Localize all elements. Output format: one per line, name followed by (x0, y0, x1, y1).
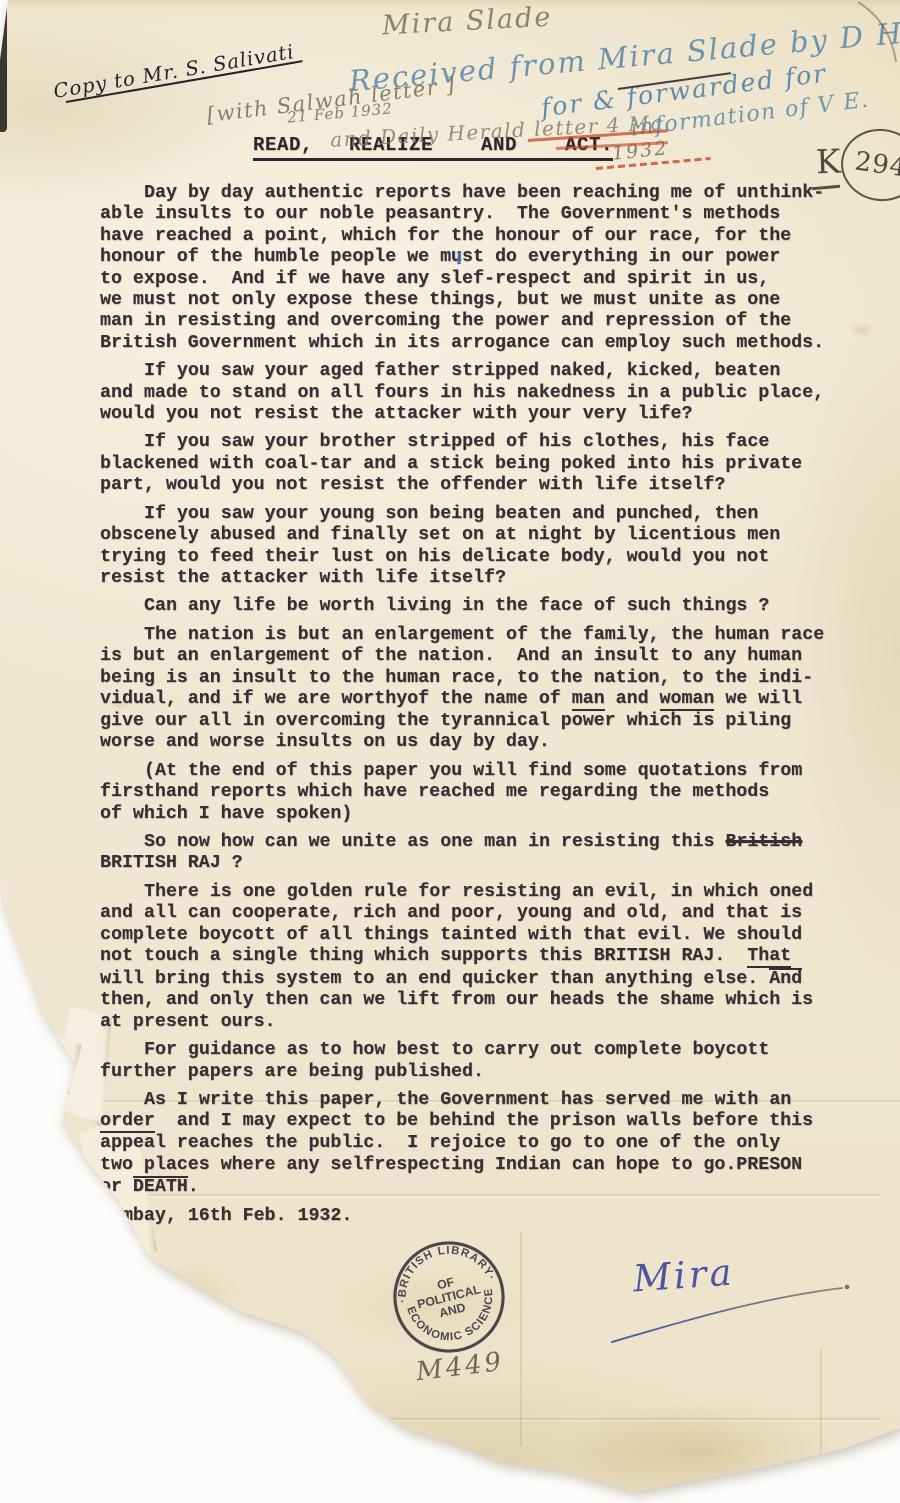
k-catalogue-letter: K (815, 142, 841, 182)
typed-line: two places where any selfrespecting Indi… (100, 1155, 870, 1176)
typed-line: British Government which in its arroganc… (100, 333, 870, 354)
typed-line: If you saw your aged father stripped nak… (100, 361, 870, 382)
typed-line: BRITISH RAJ ? (100, 853, 870, 874)
typed-line: blackened with coal-tar and a stick bein… (100, 454, 870, 475)
typed-line: The nation is but an enlargement of the … (100, 625, 870, 646)
scanned-document-page: READ, REALIZE AND ACT. Day by day authen… (0, 0, 900, 1503)
typed-line: If you saw your young son being beaten a… (100, 504, 870, 525)
typed-line: and all can cooperate, rich and poor, yo… (100, 903, 870, 924)
paragraph: (At the end of this paper you will find … (100, 761, 870, 825)
typed-line: not touch a single thing which supports … (100, 946, 870, 968)
typed-line: further papers are being published. (100, 1062, 870, 1083)
ink-dot-artifact (86, 1234, 90, 1238)
typed-line: is but an enlargement of the nation. And… (100, 646, 870, 667)
typed-line: If you saw your brother stripped of his … (100, 432, 870, 453)
paragraph: Can any life be worth living in the face… (100, 596, 870, 617)
paper-shadow-wrap: READ, REALIZE AND ACT. Day by day authen… (0, 0, 900, 1503)
typed-line: will bring this system to an end quicker… (100, 968, 870, 990)
typed-line: Can any life be worth living in the face… (100, 596, 870, 617)
paragraph: So now how can we unite as one man in re… (100, 832, 870, 875)
paragraph: For guidance as to how best to carry out… (100, 1040, 870, 1083)
paragraph: Bombay, 16th Feb. 1932. (100, 1206, 870, 1227)
typed-line: There is one golden rule for resisting a… (100, 882, 870, 903)
typed-line: at present ours. (100, 1012, 870, 1033)
typed-line: have reached a point, which for the hono… (100, 226, 870, 247)
typed-text-block: Day by day authentic reports have been r… (100, 183, 870, 1234)
typed-line: obscenely abused and finally set on at n… (100, 525, 870, 546)
typed-line: For guidance as to how best to carry out… (100, 1040, 870, 1061)
signature-end-dot (845, 1285, 850, 1290)
paragraph: If you saw your brother stripped of his … (100, 432, 870, 496)
forwarded-post: for (773, 59, 828, 94)
scan-edge-artifact (0, 0, 7, 132)
paragraph: There is one golden rule for resisting a… (100, 882, 870, 1033)
typed-line: (At the end of this paper you will find … (100, 761, 870, 782)
typed-line: would you not resist the attacker with y… (100, 404, 870, 425)
typed-line: being is an insult to the human race, to… (100, 668, 870, 689)
paragraph: Day by day authentic reports have been r… (100, 183, 870, 354)
paragraph: If you saw your aged father stripped nak… (100, 361, 870, 425)
typed-line: vidual, and if we are worthyof the name … (100, 689, 870, 711)
paper-sheet: READ, REALIZE AND ACT. Day by day authen… (0, 0, 900, 1503)
typed-line: man in resisting and overcoming the powe… (100, 311, 870, 332)
ink-tick-artifact (114, 1420, 121, 1429)
typed-line: part, would you not resist the offender … (100, 475, 870, 496)
catalogue-number: 294 (853, 146, 900, 183)
typed-line: order and I may expect to be behind the … (100, 1111, 870, 1133)
typed-line: As I write this paper, the Government ha… (100, 1090, 870, 1111)
typed-line: complete boycott of all things tainted w… (100, 925, 870, 946)
signature: Mira (632, 1251, 736, 1301)
copy-to-annotation: Copy to Mr. S. Salivati (52, 40, 296, 103)
typed-line: Bombay, 16th Feb. 1932. (100, 1206, 870, 1227)
owner-name-annotation: Mira Slade (381, 2, 553, 42)
fold-crease (330, 1418, 880, 1420)
typed-line: then, and only then can we lift from our… (100, 990, 870, 1011)
typed-line: worse and worse insults on us day by day… (100, 732, 870, 753)
paragraph: As I write this paper, the Government ha… (100, 1090, 870, 1199)
typed-line: to expose. And if we have any slef-respe… (100, 269, 870, 290)
typed-line: resist the attacker with life itself? (100, 568, 870, 589)
typed-line: appeal reaches the public. I rejoice to … (100, 1133, 870, 1154)
typed-line: honour of the humble people we must do e… (100, 247, 870, 268)
typed-line: So now how can we unite as one man in re… (100, 832, 870, 853)
fold-crease (820, 1348, 822, 1460)
typed-line: or DEATH. (100, 1176, 870, 1198)
typed-line: able insults to our noble peasantry. The… (100, 204, 870, 225)
typed-line: we must not only expose these things, bu… (100, 290, 870, 311)
typed-line: give our all in overcoming the tyrannica… (100, 711, 870, 732)
typed-line: of which I have spoken) (100, 804, 870, 825)
typed-line: trying to feed their lust on his delicat… (100, 547, 870, 568)
typed-line: and made to stand on all fours in his na… (100, 383, 870, 404)
typed-line: Day by day authentic reports have been r… (100, 183, 870, 204)
paragraph: If you saw your young son being beaten a… (100, 504, 870, 590)
paragraph: The nation is but an enlargement of the … (100, 625, 870, 754)
typed-line: firsthand reports which have reached me … (100, 782, 870, 803)
